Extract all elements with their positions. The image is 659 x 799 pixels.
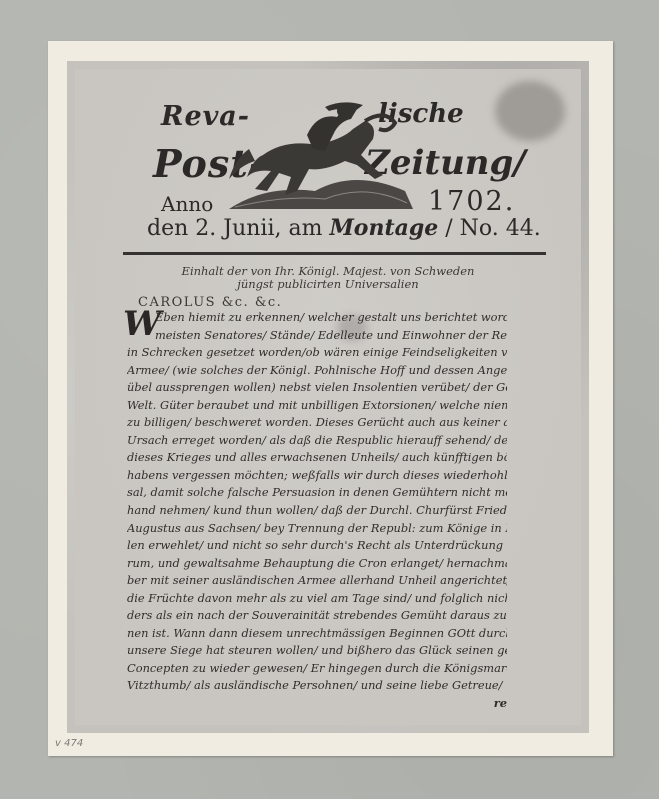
body-line: Eben hiemit zu erkennen/ welcher gestalt… [127,309,507,327]
body-line: Vitzthumb/ als ausländische Persohnen/ u… [127,677,507,695]
body-line: habens vergessen möchten; weßfalls wir d… [127,467,507,485]
masthead-dateline: den 2. Junii, am Montage / No. 44. [147,215,541,241]
article-body: W Eben hiemit zu erkennen/ welcher gesta… [127,309,507,713]
body-line: len erwehlet/ und nicht so sehr durch's … [127,537,507,555]
body-line: ber mit seiner ausländischen Armee aller… [127,572,507,590]
body-line: meisten Senatores/ Stände/ Edelleute und… [127,327,507,345]
subheading-line: jüngst publicirten Universalien [75,278,581,291]
body-line: Ursach erreget worden/ als daß die Respu… [127,432,507,450]
body-line: in Schrecken gesetzet worden/ob wären ei… [127,344,507,362]
masthead-year: 1702. [428,186,515,217]
body-line: Concepten zu wieder gewesen/ Er hingegen… [127,660,507,678]
body-line: nen ist. Wann dann diesem unrechtmässige… [127,625,507,643]
dateline-date: den 2. Junii, am [147,216,329,241]
body-line: die Früchte davon mehr als zu viel am Ta… [127,590,507,608]
body-line: ders als ein nach der Souverainität stre… [127,607,507,625]
body-line: Armee/ (wie solches der Königl. Pohlnisc… [127,362,507,380]
article-subheading: Einhalt der von Ihr. Königl. Majest. von… [75,265,581,291]
newspaper-page: Reva- lische Post- Zeitung/ Anno 1702. d… [75,69,581,725]
dateline-weekday: Montage [329,215,438,241]
body-line: Augustus aus Sachsen/ bey Trennung der R… [127,520,507,538]
body-line: hand nehmen/ kund thun wollen/ daß der D… [127,502,507,520]
body-line: rum, und gewaltsahme Behauptung die Cron… [127,555,507,573]
masthead-anno-label: Anno [161,192,213,216]
newspaper-photograph: Reva- lische Post- Zeitung/ Anno 1702. d… [67,61,589,733]
body-line: unsere Siege hat steuren wollen/ und biß… [127,642,507,660]
masthead: Reva- lische Post- Zeitung/ Anno 1702. d… [75,69,581,255]
inventory-number: v 474 [55,738,83,749]
body-line: übel aussprengen wollen) nebst vielen In… [127,379,507,397]
body-line: dieses Krieges und alles erwachsenen Unh… [127,449,507,467]
drop-cap-initial: W [123,307,161,341]
body-line: Welt. Güter beraubet und mit unbilligen … [127,397,507,415]
masthead-divider [123,252,546,255]
post-rider-emblem-icon [225,99,417,211]
body-line: sal, damit solche falsche Persuasion in … [127,484,507,502]
dateline-issue-number: / No. 44. [438,216,540,241]
body-line: zu billigen/ beschweret worden. Dieses G… [127,414,507,432]
catchword: re [127,695,507,713]
